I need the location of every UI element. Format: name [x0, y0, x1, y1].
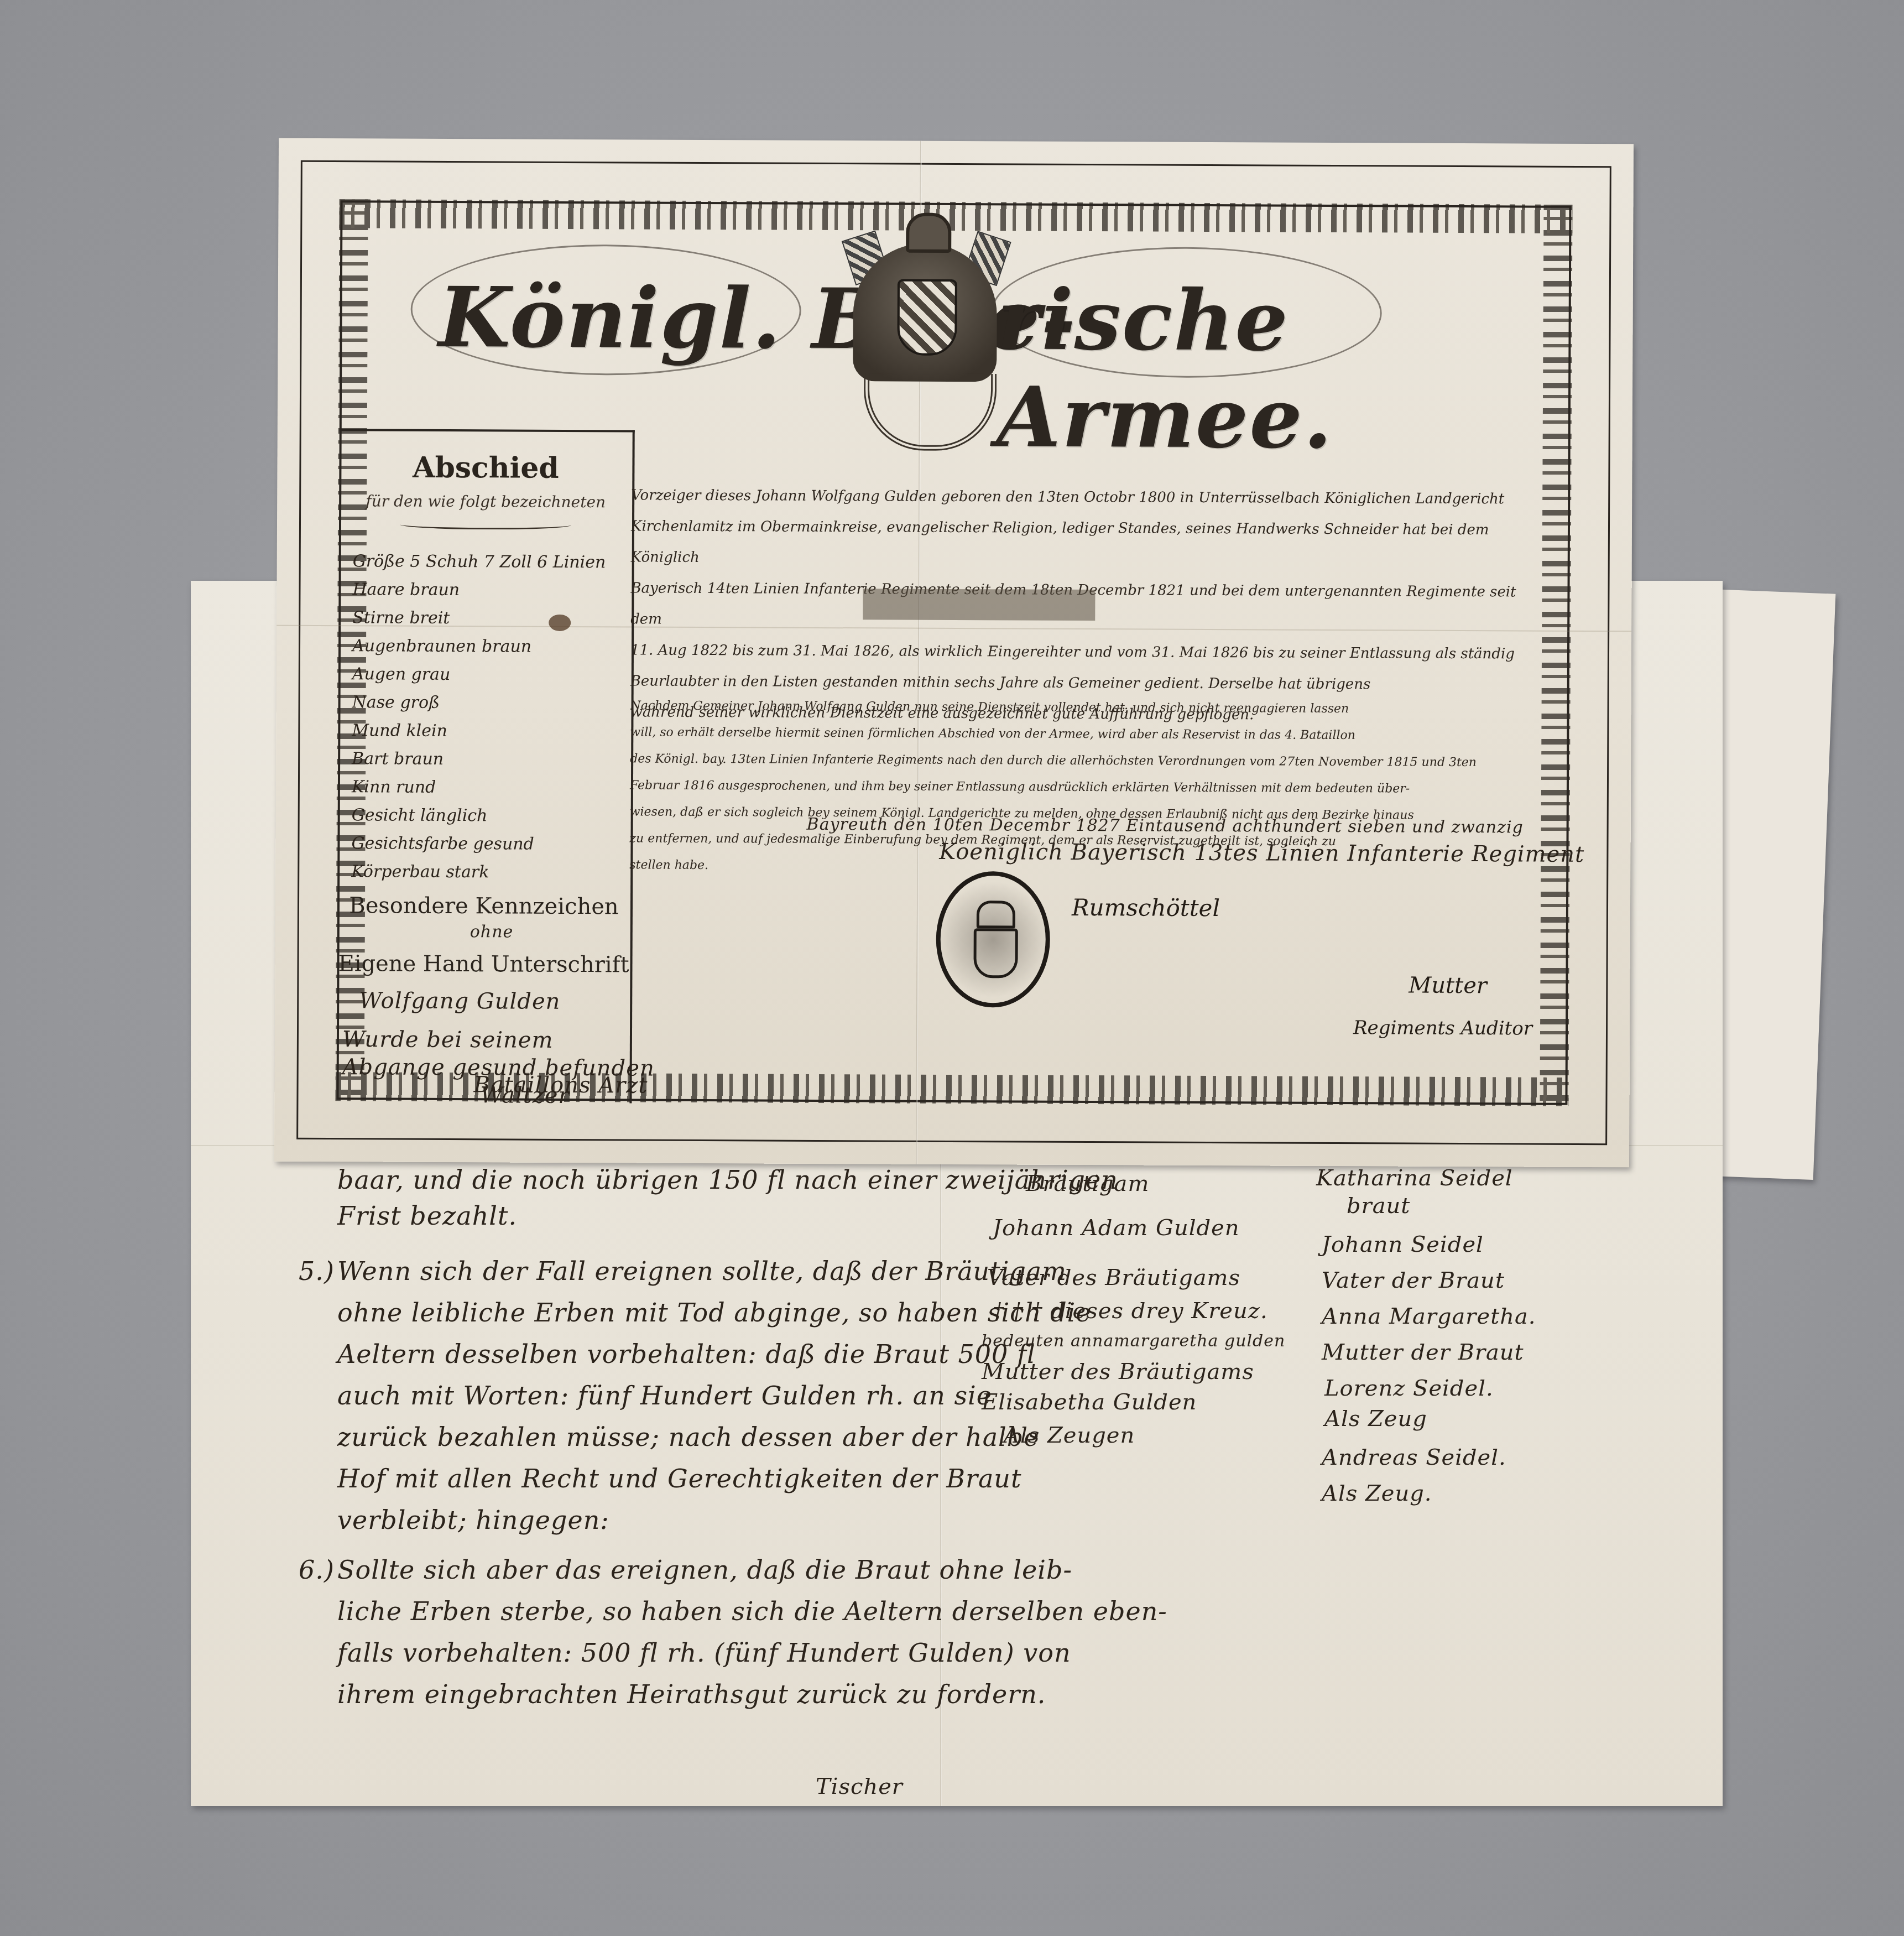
- descriptor-item: Bart braun: [352, 745, 605, 774]
- witness-line: Anna Margaretha.: [1322, 1305, 1536, 1328]
- contract-line: Frist bezahlt.: [337, 1203, 517, 1229]
- decorative-swash: [400, 520, 571, 530]
- clause-line: Sollte sich aber das ereignen, daß die B…: [337, 1557, 1072, 1583]
- descriptor-item: Nase groß: [352, 688, 605, 717]
- clause-line: zurück bezahlen müsse; nach dessen aber …: [337, 1424, 1040, 1450]
- witness-line: Mutter des Bräutigams: [982, 1361, 1254, 1383]
- seal-icon: [936, 871, 1050, 1008]
- witness-line: Als Zeugen: [1004, 1424, 1135, 1446]
- clause-line: verbleibt; hingegen:: [337, 1507, 609, 1533]
- colonel-signature: Rumschöttel: [1072, 894, 1220, 922]
- box-subtitle: für den wie folgt bezeichneten: [339, 492, 632, 511]
- descriptor-list: Größe 5 Schuh 7 Zoll 6 Linien Haare brau…: [351, 547, 606, 887]
- clause-number: 6.): [299, 1557, 335, 1583]
- date-line: Bayreuth den 10ten Decembr 1827 Eintause…: [807, 816, 1524, 836]
- soldier-signature: Wolfgang Gulden: [359, 990, 560, 1013]
- certificate-title-right: rische Armee.: [996, 271, 1633, 469]
- clause-line: ohne leibliche Erben mit Tod abginge, so…: [337, 1300, 1092, 1325]
- witness-line: Lorenz Seidel.: [1324, 1377, 1494, 1399]
- clause-line: ihrem eingebrachten Heirathsgut zurück z…: [337, 1682, 1046, 1707]
- medical-note: Wurde bei seinem: [342, 1028, 554, 1052]
- witness-line: Vater des Bräutigams: [987, 1267, 1240, 1289]
- witness-line: Vater der Braut: [1322, 1269, 1505, 1292]
- witness-line: Johann Adam Gulden: [993, 1217, 1240, 1239]
- contract-line: baar, und die noch übrigen 150 fl nach e…: [337, 1167, 1118, 1193]
- shield-icon: [973, 928, 1018, 978]
- auditor-signature: Mutter: [1409, 973, 1487, 999]
- witness-line: Elisabetha Gulden: [982, 1391, 1197, 1413]
- witness-line: † † † dieses drey Kreuz.: [993, 1300, 1268, 1322]
- paragraph-line: Februar 1816 ausgesprochenen, und ihm be…: [630, 772, 1537, 803]
- witness-line: Katharina Seidel: [1316, 1167, 1513, 1189]
- signature-heading: Eigene Hand Unterschrift: [337, 951, 630, 977]
- paragraph-line: 11. Aug 1822 bis zum 31. Mai 1826, als w…: [630, 634, 1537, 669]
- descriptor-item: Haare braun: [352, 575, 606, 605]
- auditor-title: Regiments Auditor: [1353, 1017, 1532, 1039]
- order-chain: [864, 373, 997, 451]
- descriptor-item: Gesicht länglich: [352, 801, 605, 830]
- clause-line: falls vorbehalten: 500 fl rh. (fünf Hund…: [337, 1640, 1071, 1666]
- descriptor-item: Größe 5 Schuh 7 Zoll 6 Linien: [353, 547, 606, 576]
- crown-icon: [977, 901, 1015, 928]
- clause-number: 5.): [299, 1258, 335, 1284]
- clause-line: Hof mit allen Recht und Gerechtigkeiten …: [337, 1466, 1021, 1491]
- descriptor-item: Augenbraunen braun: [352, 632, 606, 661]
- paragraph-line: Nachdem Gemeiner Johann Wolfgang Gulden …: [630, 693, 1537, 723]
- witness-line: Andreas Seidel.: [1322, 1446, 1506, 1469]
- doctor-title: Bataillons Arzt: [473, 1074, 648, 1096]
- special-marks-value: ohne: [470, 924, 514, 940]
- descriptor-item: Mund klein: [352, 716, 605, 746]
- special-marks-heading: Besondere Kennzeichen: [337, 893, 630, 919]
- regiment-name: Koeniglich Bayerisch 13tes Linien Infant…: [939, 841, 1584, 866]
- clause-line: liche Erben sterbe, so haben sich die Ae…: [337, 1599, 1167, 1624]
- ink-stain: [549, 615, 571, 631]
- clause-line: Wenn sich der Fall ereignen sollte, daß …: [337, 1258, 1067, 1284]
- witness-line: Johann Seidel: [1322, 1234, 1484, 1256]
- military-discharge-certificate: Königl. Baye- rische Armee. Abschied für…: [274, 138, 1634, 1168]
- witness-line: braut: [1347, 1195, 1410, 1217]
- crown-icon: [906, 213, 951, 253]
- witness-line: Als Zeug: [1324, 1408, 1427, 1430]
- descriptor-item: Körperbau stark: [351, 857, 604, 887]
- descriptor-item: Gesichtsfarbe gesund: [351, 829, 604, 858]
- clause-line: auch mit Worten: fünf Hundert Gulden rh.…: [337, 1383, 992, 1408]
- struck-out-phrase: [863, 589, 1095, 621]
- paragraph-line: Kirchenlamitz im Obermainkreise, evangel…: [631, 511, 1538, 576]
- closing-word: Tischer: [816, 1776, 903, 1798]
- personal-description-box: Abschied für den wie folgt bezeichneten …: [336, 429, 634, 1103]
- paragraph-line: Vorzeiger dieses Johann Wolfgang Gulden …: [631, 480, 1538, 514]
- coat-of-arms-icon: [842, 212, 1009, 445]
- descriptor-item: Kinn rund: [352, 773, 605, 802]
- witness-line: Bräutigam: [1026, 1173, 1149, 1195]
- witness-line: Mutter der Braut: [1322, 1341, 1524, 1363]
- paragraph-line: des Königl. bay. 13ten Linien Infanterie…: [630, 746, 1537, 776]
- clause-line: Aeltern desselben vorbehalten: daß die B…: [337, 1341, 1036, 1367]
- descriptor-item: Augen grau: [352, 660, 606, 689]
- witness-line: bedeuten annamargaretha gulden: [982, 1333, 1285, 1350]
- box-title: Abschied: [339, 450, 632, 485]
- lozenge-shield-icon: [897, 279, 957, 356]
- witness-line: Als Zeug.: [1322, 1482, 1432, 1505]
- paragraph-line: will, so erhält derselbe hiermit seinen …: [630, 719, 1537, 750]
